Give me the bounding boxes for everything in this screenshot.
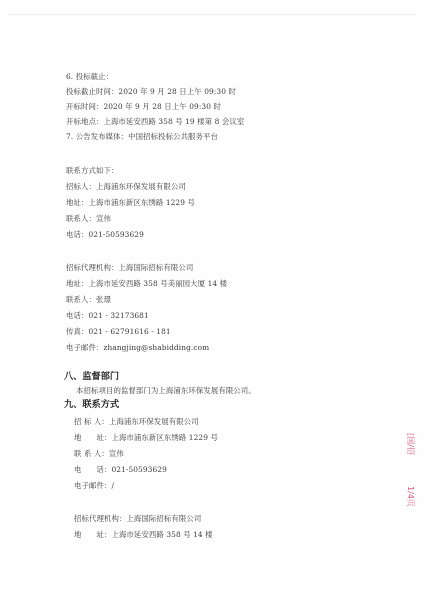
section6-title: 6. 投标截止： [66,72,113,81]
section7-title: 7. 公告发布媒体：中国招标投标公共服务平台 [66,132,218,141]
s9-address: 地 址：上海市浦东新区东绣路 1229 号 [74,433,218,442]
tenderer-contact: 联系人：宣伟 [66,214,111,223]
agency-contact: 联系人：张璟 [66,295,111,304]
section8-title: 八、监督部门 [64,371,119,382]
s9-email: 电子邮件：/ [74,481,114,490]
seal-stamp-bottom: 1/4页 [405,486,416,507]
s9-contact: 联 系 人：宣伟 [74,449,124,458]
seal-stamp-top: [国/招 [405,433,416,455]
tenderer-name: 招标人：上海浦东环保发展有限公司 [66,182,186,191]
agency-address: 地址：上海市延安西路 358 号美丽园大厦 14 楼 [66,279,227,288]
scan-edge-line [8,14,416,15]
contacts-intro: 联系方式如下： [66,166,118,175]
opening-place: 开标地点：上海市延安西路 358 号 19 楼第 8 会议室 [66,117,244,126]
tenderer-address: 地址：上海市浦东新区东绣路 1229 号 [66,198,195,207]
document-page: 6. 投标截止： 投标截止时间：2020 年 9 月 28 日上午 09:30 … [0,0,424,600]
bid-deadline: 投标截止时间：2020 年 9 月 28 日上午 09:30 时 [66,87,236,96]
section9-title: 九、联系方式 [64,399,119,410]
agency-name: 招标代理机构：上海国际招标有限公司 [66,263,193,272]
s9-agency-name: 招标代理机构：上海国际招标有限公司 [74,514,201,523]
opening-time: 开标时间：2020 年 9 月 28 日上午 09:30 时 [66,102,221,111]
s9-tenderer-name: 招 标 人：上海浦东环保发展有限公司 [74,417,199,426]
agency-phone: 电话：021 - 32173681 [66,311,149,320]
agency-email: 电子邮件：zhangjing@shabidding.com [66,343,209,352]
tenderer-phone: 电话：021-50593629 [66,230,144,239]
agency-fax: 传真：021 - 62791616 - 181 [66,327,171,336]
s9-agency-address: 地 址：上海市延安西路 358 号 14 楼 [74,530,213,539]
section8-body: 本招标项目的监督部门为上海浦东环保发展有限公司。 [76,386,256,395]
s9-phone: 电 话：021-50593629 [74,465,167,474]
